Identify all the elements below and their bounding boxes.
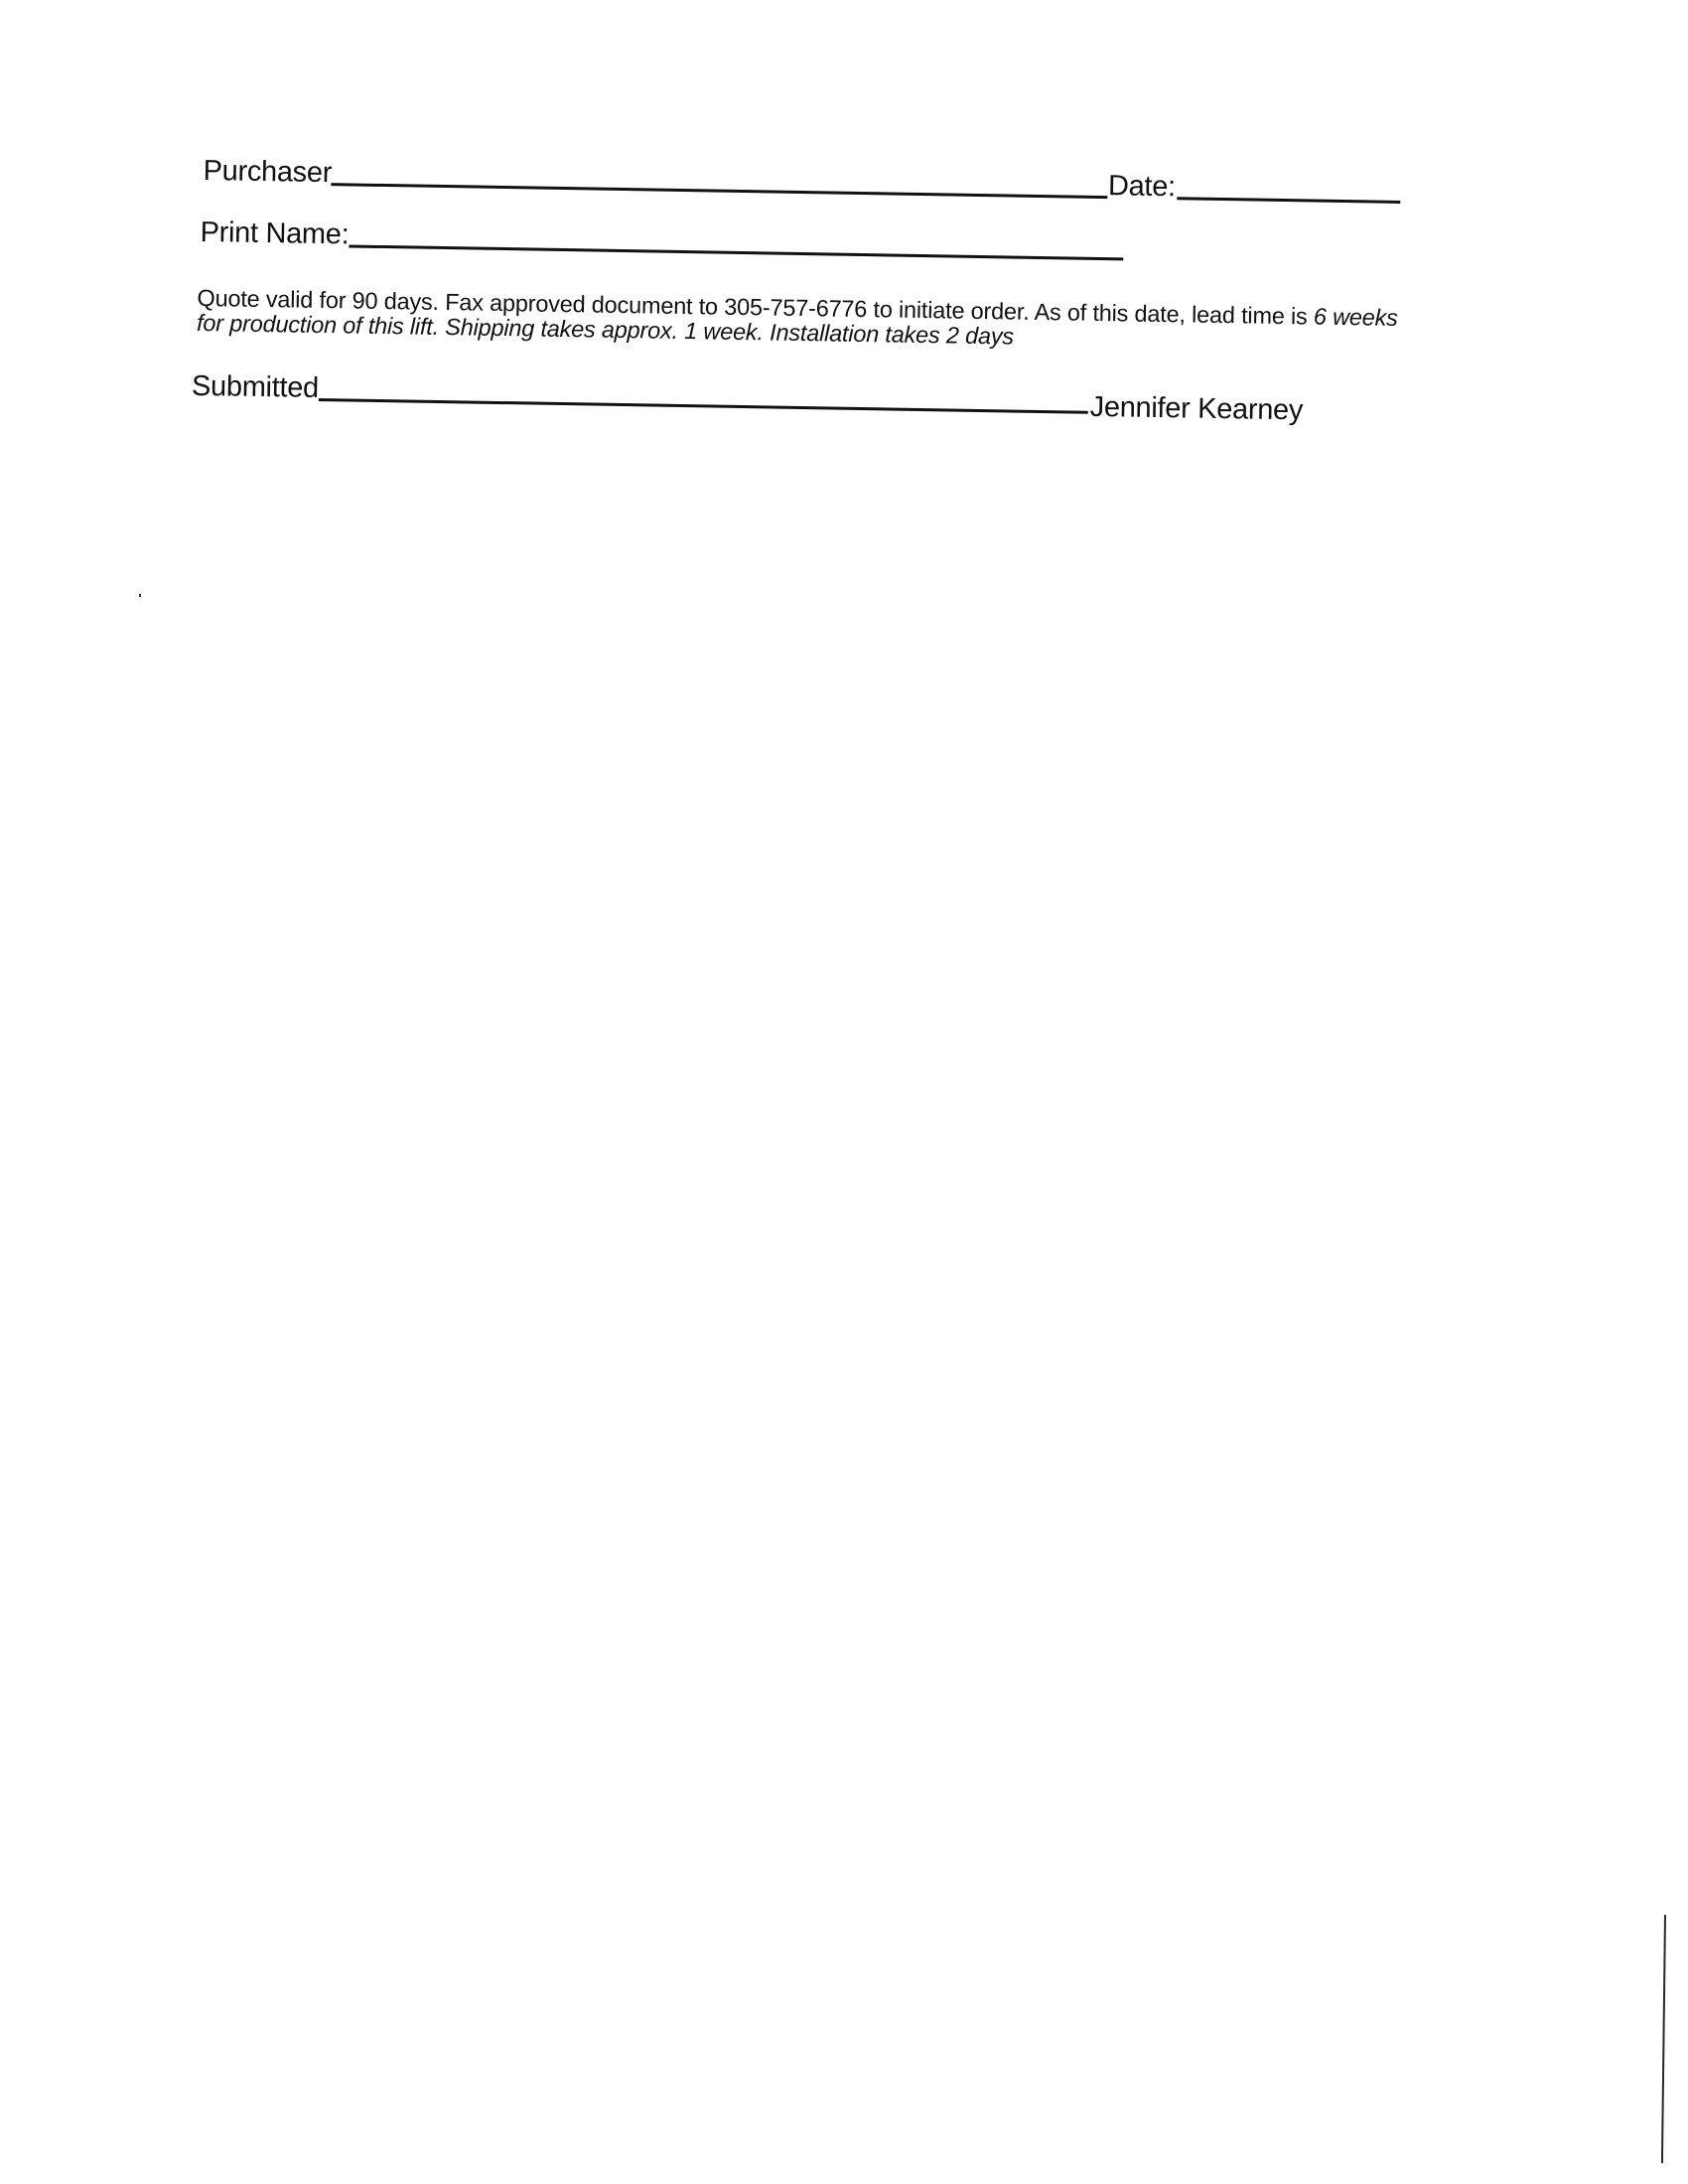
date-label: Date: — [1108, 172, 1176, 202]
purchaser-row: Purchaser Date: — [203, 157, 1401, 206]
scan-edge-line — [1661, 1915, 1666, 2163]
quote-terms: Quote valid for 90 days. Fax approved do… — [197, 286, 1398, 356]
scan-speck — [139, 594, 141, 597]
purchaser-label: Purchaser — [203, 157, 332, 188]
submitted-signature-line[interactable] — [319, 398, 1088, 414]
document-page: Purchaser Date: Print Name: Quote valid … — [0, 0, 1688, 2184]
purchaser-signature-line[interactable] — [332, 183, 1108, 199]
print-name-line[interactable] — [349, 244, 1123, 260]
submitted-label: Submitted — [192, 372, 319, 403]
date-line[interactable] — [1178, 197, 1401, 204]
lead-time-text: 6 weeks — [1314, 304, 1398, 331]
print-name-label: Print Name: — [200, 218, 349, 249]
print-name-row: Print Name: — [200, 218, 1123, 262]
submitted-row: Submitted Jennifer Kearney — [192, 372, 1304, 420]
signature-block: Purchaser Date: Print Name: Quote valid … — [204, 149, 1554, 172]
submitter-name: Jennifer Kearney — [1089, 393, 1303, 426]
